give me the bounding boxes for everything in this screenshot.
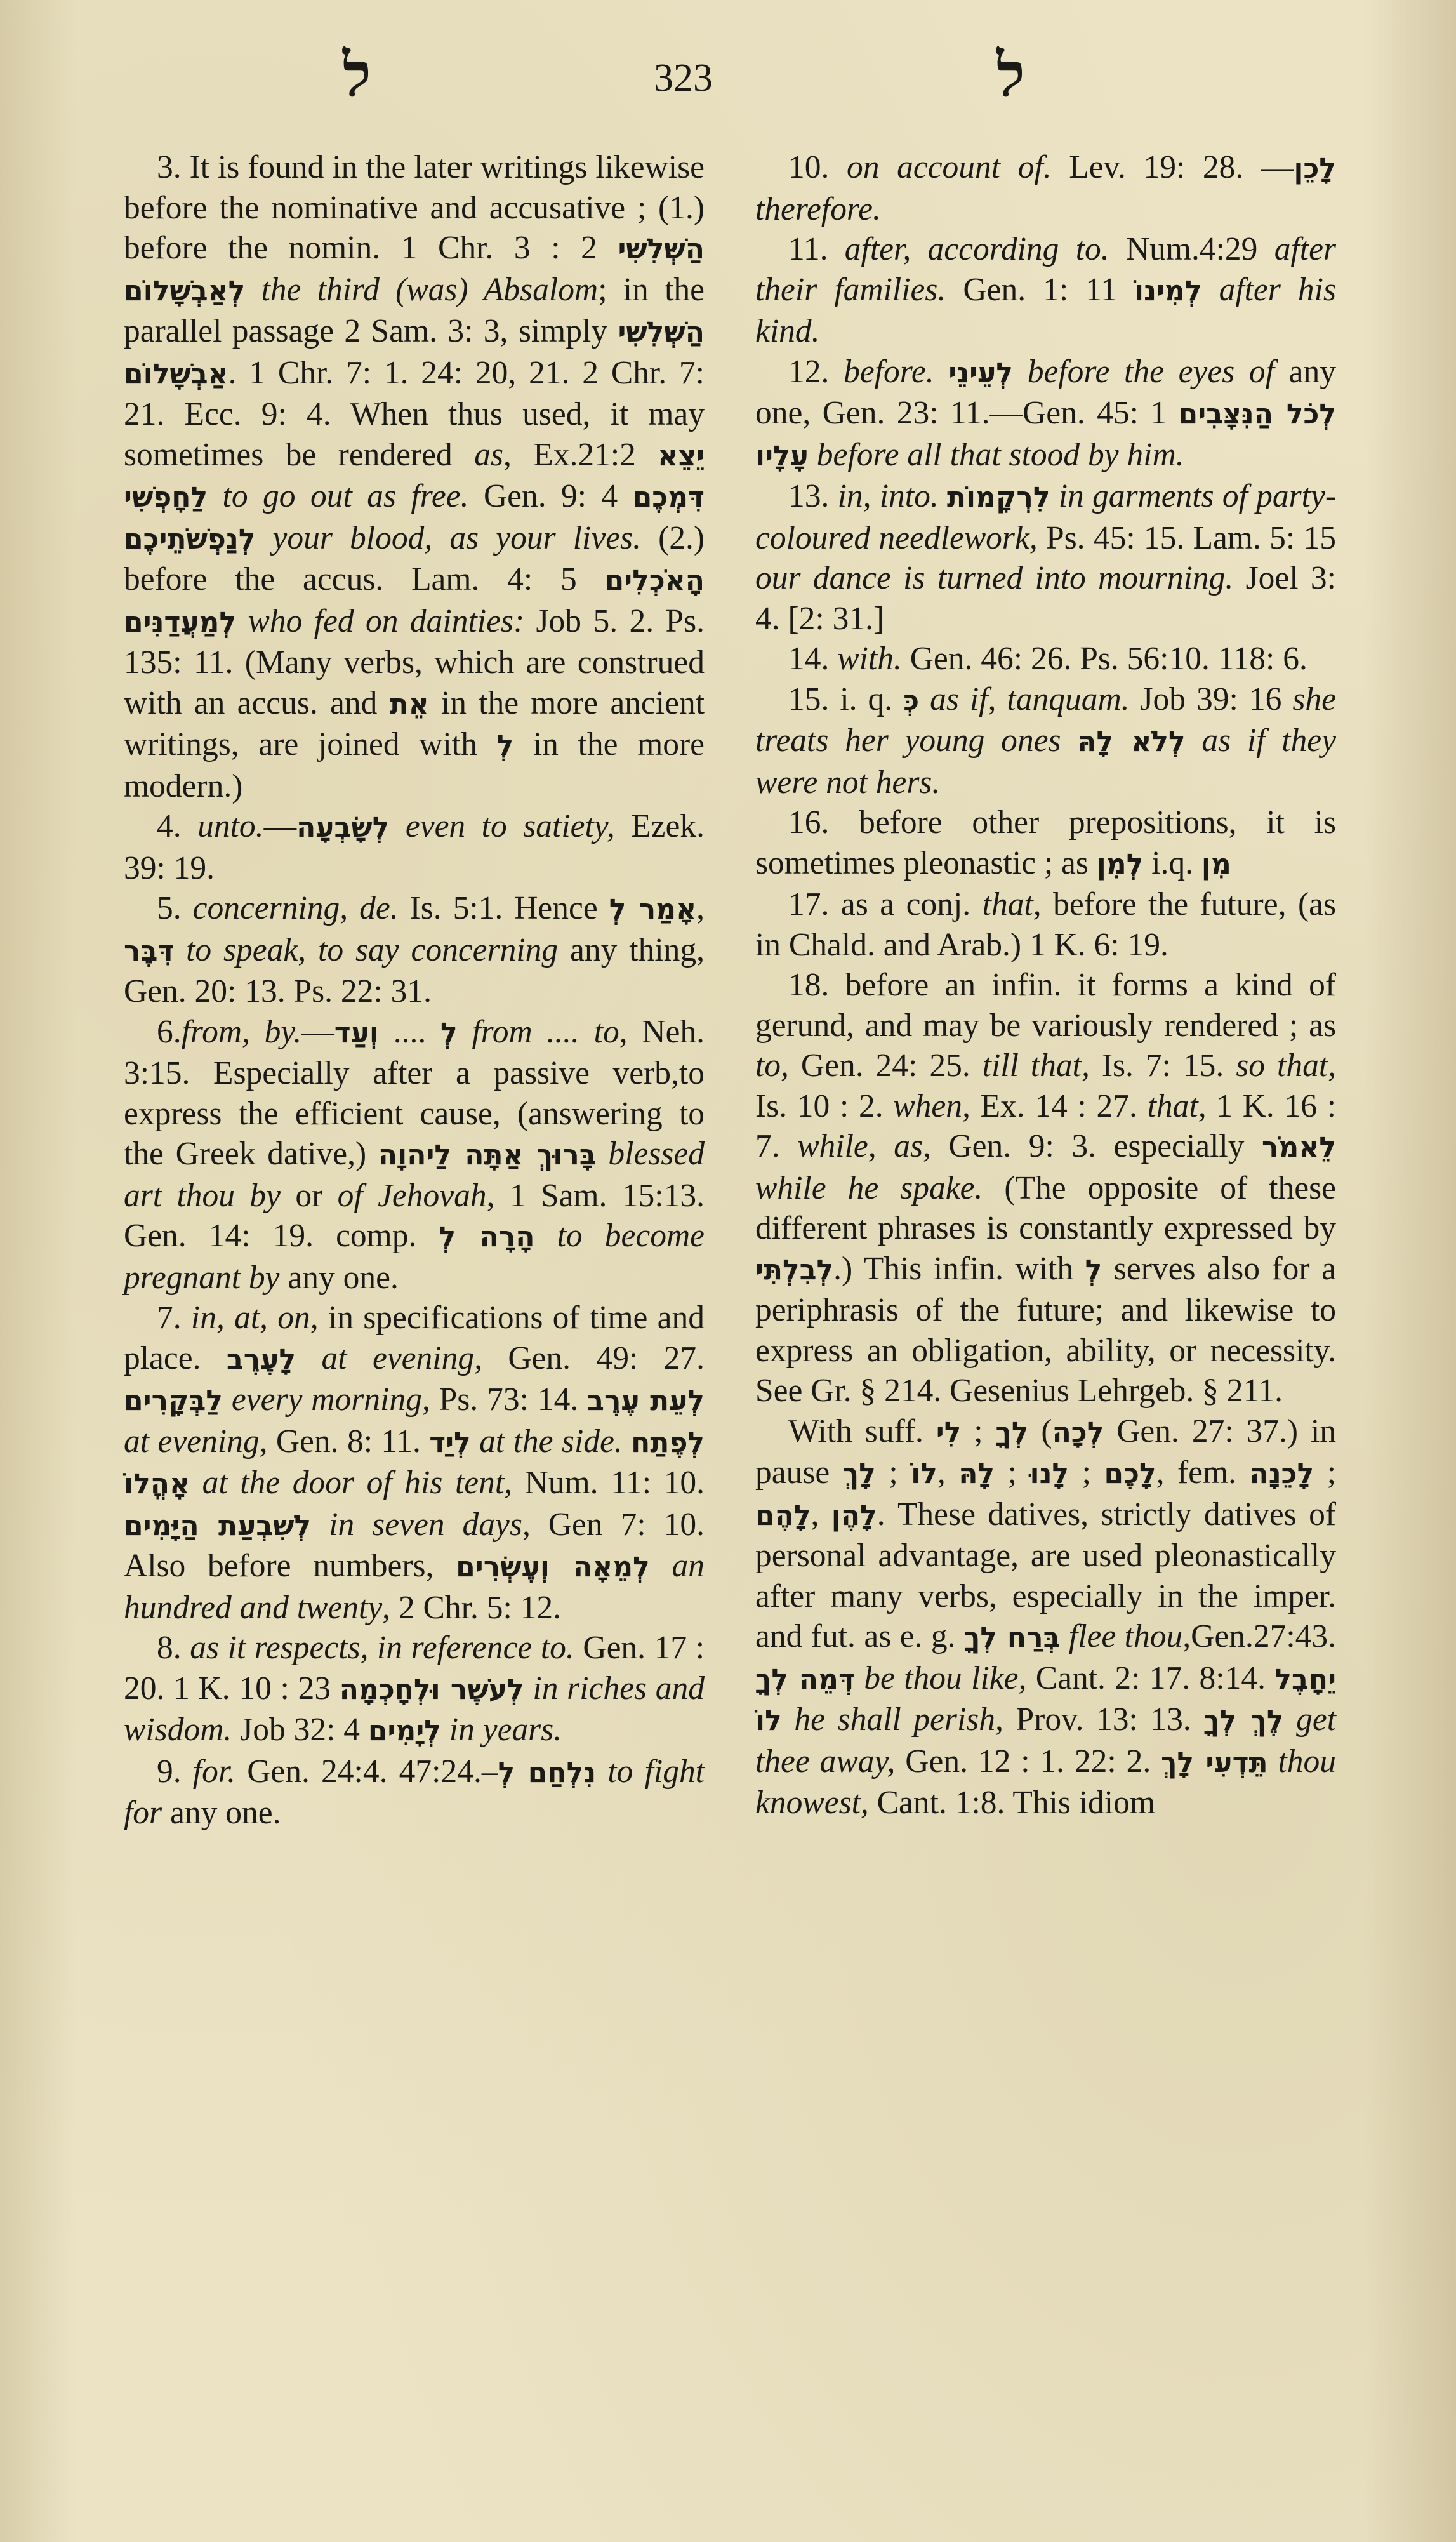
text: Gen. 24:4. 47:24.–: [235, 1753, 498, 1790]
text: 16. before other prepositions, it is som…: [755, 804, 1336, 881]
text: Gen.27:43.: [1191, 1618, 1336, 1654]
hebrew-word: לָעֶרֶב: [227, 1343, 296, 1376]
text: or: [281, 1178, 338, 1214]
gloss: with.: [837, 641, 902, 677]
text: Is. 7: 15.: [1090, 1048, 1236, 1084]
text: Lev. 19: 28. —: [1052, 149, 1294, 185]
entry-suffixes: With suff. לִי ; לְךָ (לְכָה Gen. 27: 37…: [755, 1411, 1336, 1823]
hebrew-word: לָהֶן: [831, 1500, 877, 1532]
text: Ex. 14 : 27.: [970, 1088, 1148, 1124]
gloss: at the side.: [479, 1423, 623, 1460]
text: ;: [876, 1454, 911, 1491]
hebrew-word: לוֹ: [911, 1458, 937, 1490]
gloss: at evening,: [124, 1423, 267, 1460]
entry-sense-9: 9. for. Gen. 24:4. 47:24.–נִלְחַם לְ to …: [124, 1752, 705, 1833]
hebrew-word: דִּבֶּר: [124, 935, 174, 968]
text: (: [1029, 1413, 1052, 1449]
text: Gen. 9: 4: [469, 478, 618, 514]
gloss: on account of.: [847, 149, 1052, 185]
gloss: till that,: [983, 1048, 1090, 1084]
text: Gen. 49: 27.: [482, 1340, 705, 1376]
text: any one.: [162, 1795, 281, 1831]
text: , fem.: [1156, 1454, 1236, 1491]
hebrew-phrase: תֵּדְעִי לָךְ: [1161, 1747, 1267, 1779]
hebrew-word: לְבִלְתִּי: [755, 1254, 833, 1286]
gloss: when,: [893, 1088, 970, 1124]
entry-sense-7: 7. in, at, on, in specifications of time…: [124, 1298, 705, 1628]
hebrew-phrase: לְמֵאָה וְעֶשְׂרִים: [456, 1551, 650, 1583]
gloss: flee thou,: [1069, 1618, 1191, 1654]
hebrew-word: לְאַבְשָׁלוֹם: [124, 275, 245, 307]
text: ;: [1069, 1454, 1104, 1491]
gloss: as: [474, 437, 503, 473]
text: Prov. 13: 13.: [1003, 1701, 1191, 1738]
gloss: after, according to.: [845, 231, 1109, 267]
hebrew-word: הַשְּׁלִשִׁי: [618, 233, 705, 265]
hebrew-letter: כְּ: [903, 684, 919, 717]
text: Gen. 46: 26. Ps. 56:10. 118: 6.: [902, 641, 1307, 677]
hebrew-word: לְמִינוֹ: [1134, 275, 1201, 307]
gloss: our dance is turned into mourning.: [755, 560, 1233, 596]
text: 10.: [788, 149, 829, 185]
gloss: before the eyes of: [1028, 354, 1274, 390]
text: 6.: [157, 1014, 182, 1050]
text: Is. 10 : 2.: [755, 1088, 893, 1124]
hebrew-phrase: דְּמֵה לְךָ: [755, 1663, 855, 1696]
hebrew-word: לִי: [936, 1416, 962, 1449]
gloss: in, at, on,: [191, 1300, 319, 1336]
entry-sense-4: 4. unto.—לְשָׂבְעָה even to satiety, Eze…: [124, 806, 705, 888]
entry-sense-12: 12. before. לְעֵינֵי before the eyes of …: [755, 352, 1336, 477]
text: Num. 11: 10.: [512, 1465, 705, 1501]
text: 14.: [788, 641, 829, 677]
hebrew-word: לָנוּ: [1029, 1458, 1069, 1490]
text: i.q.: [1143, 845, 1193, 881]
hebrew-letter: לְ: [440, 1017, 458, 1049]
text: 17. as a conj.: [788, 886, 970, 922]
hebrew-word: לִרְקָמוֹת: [947, 481, 1050, 514]
text: , Ex.21:2: [503, 437, 636, 473]
text: Gen. 12 : 1. 22: 2.: [895, 1743, 1151, 1780]
text: Gen. 24: 25.: [789, 1048, 983, 1084]
text: —: [264, 808, 297, 844]
right-column: 10. on account of. Lev. 19: 28. —לָכֵן t…: [755, 147, 1336, 1823]
gloss: at evening,: [322, 1340, 482, 1376]
entry-sense-11: 11. after, according to. Num.4:29 after …: [755, 229, 1336, 352]
gloss: to speak, to say concerning: [186, 932, 558, 968]
hebrew-word: לְמִן: [1097, 848, 1144, 881]
hebrew-word: לְיָמִים: [368, 1715, 441, 1747]
text: ,: [811, 1496, 831, 1533]
text: Gen. 1: 11: [946, 272, 1117, 308]
hebrew-word: לְשָׂבְעָה: [296, 811, 389, 844]
gloss: of Jehovah: [338, 1178, 487, 1214]
gloss: for.: [193, 1753, 235, 1790]
gloss: at the door of his tent,: [202, 1465, 513, 1501]
entry-sense-16: 16. before other prepositions, it is som…: [755, 802, 1336, 884]
hebrew-word: לָךְ: [843, 1458, 876, 1490]
hebrew-phrase: לְעֵת עֶרֶב: [587, 1385, 705, 1417]
text: 12.: [788, 354, 829, 390]
hebrew-word: לֵאמֹר: [1262, 1131, 1336, 1164]
hebrew-word: לָכֶם: [1104, 1458, 1156, 1490]
hebrew-word: לָכֵנָה: [1250, 1458, 1314, 1490]
hebrew-letter: לְ: [1085, 1254, 1102, 1286]
gloss: as it respects, in reference to.: [190, 1630, 574, 1666]
entry-sense-13: 13. in, into. לִרְקָמוֹת in garments of …: [755, 476, 1336, 639]
page-header: ל 323 ל: [0, 44, 1456, 114]
gloss: be thou like,: [864, 1660, 1026, 1696]
hebrew-word: לָכֵן: [1294, 152, 1336, 185]
entry-sense-17: 17. as a conj. that, before the future, …: [755, 884, 1336, 965]
text: 18. before an infin. it forms a kind of …: [755, 967, 1336, 1044]
hebrew-word: לְיַד: [429, 1427, 470, 1459]
hebrew-phrase: בָּרוּךְ אַתָּה לַיהוָה: [378, 1139, 597, 1171]
gloss: in, into.: [838, 478, 939, 514]
text: ;: [995, 1454, 1029, 1491]
gloss: concerning, de.: [193, 890, 399, 926]
text: 5.: [157, 890, 182, 926]
gloss: that,: [983, 886, 1042, 922]
entry-sense-6: 6.from, by.—וְעַד .... לְ from .... to, …: [124, 1012, 705, 1298]
text: 11.: [788, 231, 828, 267]
text: ....: [379, 1014, 440, 1050]
text: .) This infin. with: [833, 1251, 1073, 1287]
entry-sense-14: 14. with. Gen. 46: 26. Ps. 56:10. 118: 6…: [755, 639, 1336, 679]
hebrew-word: אֵת: [390, 688, 429, 721]
hebrew-word: מִן: [1201, 848, 1231, 881]
gloss: while, as,: [797, 1128, 931, 1164]
hebrew-word: וְעַד: [334, 1017, 379, 1049]
hebrew-phrase: לְלֹא לָהּ: [1077, 726, 1185, 758]
gloss: to go out as free.: [223, 478, 469, 514]
text: 8.: [157, 1630, 182, 1666]
gloss: your blood, as your lives.: [273, 520, 641, 556]
text: ,: [937, 1454, 958, 1491]
text: 15. i. q.: [788, 681, 892, 717]
gloss: from, by.: [182, 1014, 302, 1050]
hebrew-word: לָהּ: [958, 1458, 995, 1490]
text: 13.: [788, 478, 829, 514]
page-number: 323: [654, 56, 713, 101]
gloss: while he spake.: [755, 1170, 983, 1206]
entry-sense-10: 10. on account of. Lev. 19: 28. —לָכֵן t…: [755, 147, 1336, 229]
gloss: the third (was) Absalom: [261, 272, 598, 308]
hebrew-word: לְךָ: [995, 1416, 1028, 1449]
text: 7.: [157, 1300, 182, 1336]
text: With suff.: [788, 1413, 923, 1449]
gloss: even to satiety,: [406, 808, 615, 844]
gloss: he shall perish,: [794, 1701, 1003, 1738]
gloss: unto.: [197, 808, 263, 844]
text: —: [301, 1014, 334, 1050]
hebrew-phrase: לְעֹשֶׁר וּלְחָכְמָה: [340, 1674, 524, 1706]
text: any one.: [280, 1260, 399, 1296]
hebrew-phrase: נִלְחַם לְ: [498, 1757, 597, 1789]
hebrew-word: לְעֵינֵי: [948, 357, 1013, 389]
gloss: so that,: [1236, 1048, 1336, 1084]
gloss: before.: [844, 354, 934, 390]
text: ;: [961, 1413, 995, 1449]
text: 9.: [157, 1753, 182, 1790]
text: Is. 5:1. Hence: [399, 890, 598, 926]
hebrew-word: לְכָה: [1052, 1416, 1104, 1449]
entry-sense-5: 5. concerning, de. Is. 5:1. Hence אָמַר …: [124, 888, 705, 1012]
gloss: that,: [1148, 1088, 1207, 1124]
text: Ps. 45: 15. Lam. 5: 15: [1038, 520, 1336, 556]
text: Job 39: 16: [1130, 681, 1293, 717]
hebrew-phrase: בְּרַח לְךָ: [964, 1621, 1060, 1654]
gloss: who fed on dainties:: [248, 603, 525, 639]
running-head-letter-left: ל: [343, 44, 371, 105]
entry-sense-3: 3. It is found in the later writings lik…: [124, 147, 705, 806]
text: , 2 Chr. 5: 12.: [382, 1590, 561, 1626]
text: Cant. 1:8. This idiom: [869, 1785, 1155, 1821]
gloss: as if, tanquam.: [930, 681, 1129, 717]
entry-sense-8: 8. as it respects, in reference to. Gen.…: [124, 1628, 705, 1752]
gloss: therefore.: [755, 191, 881, 227]
entry-sense-18: 18. before an infin. it forms a kind of …: [755, 965, 1336, 1411]
text: Num.4:29: [1109, 231, 1274, 267]
text: 4.: [157, 808, 182, 844]
hebrew-letter: לְ: [497, 729, 514, 762]
gloss: from .... to: [472, 1014, 619, 1050]
hebrew-phrase: אָמַר לְ: [609, 893, 696, 926]
gloss: every morning,: [232, 1381, 430, 1418]
text: Ps. 73: 14.: [430, 1381, 579, 1418]
running-head-letter-right: ל: [996, 44, 1025, 105]
text: ;: [1314, 1454, 1336, 1491]
text: Gen. 8: 11.: [267, 1423, 420, 1460]
gloss: before all that stood by him.: [817, 437, 1184, 473]
left-column: 3. It is found in the later writings lik…: [124, 147, 705, 1833]
hebrew-phrase: לֶךְ לְךָ: [1203, 1705, 1283, 1737]
gloss: in seven days: [329, 1507, 522, 1543]
hebrew-phrase: הָרָה לְ: [439, 1221, 534, 1253]
gloss: in years.: [449, 1712, 562, 1748]
hebrew-phrase: לְשִׁבְעַת הַיָּמִים: [124, 1510, 311, 1542]
text: Cant. 2: 17. 8:14.: [1026, 1660, 1266, 1696]
hebrew-word: לָהֶם: [755, 1500, 811, 1532]
hebrew-word: לַבְּקָרִים: [124, 1385, 223, 1417]
entry-sense-15: 15. i. q. כְּ as if, tanquam. Job 39: 16…: [755, 679, 1336, 803]
text: Job 32: 4: [232, 1712, 360, 1748]
gloss: to,: [755, 1048, 789, 1084]
text: ,: [696, 890, 705, 926]
text: Gen. 9: 3. especially: [931, 1128, 1245, 1164]
